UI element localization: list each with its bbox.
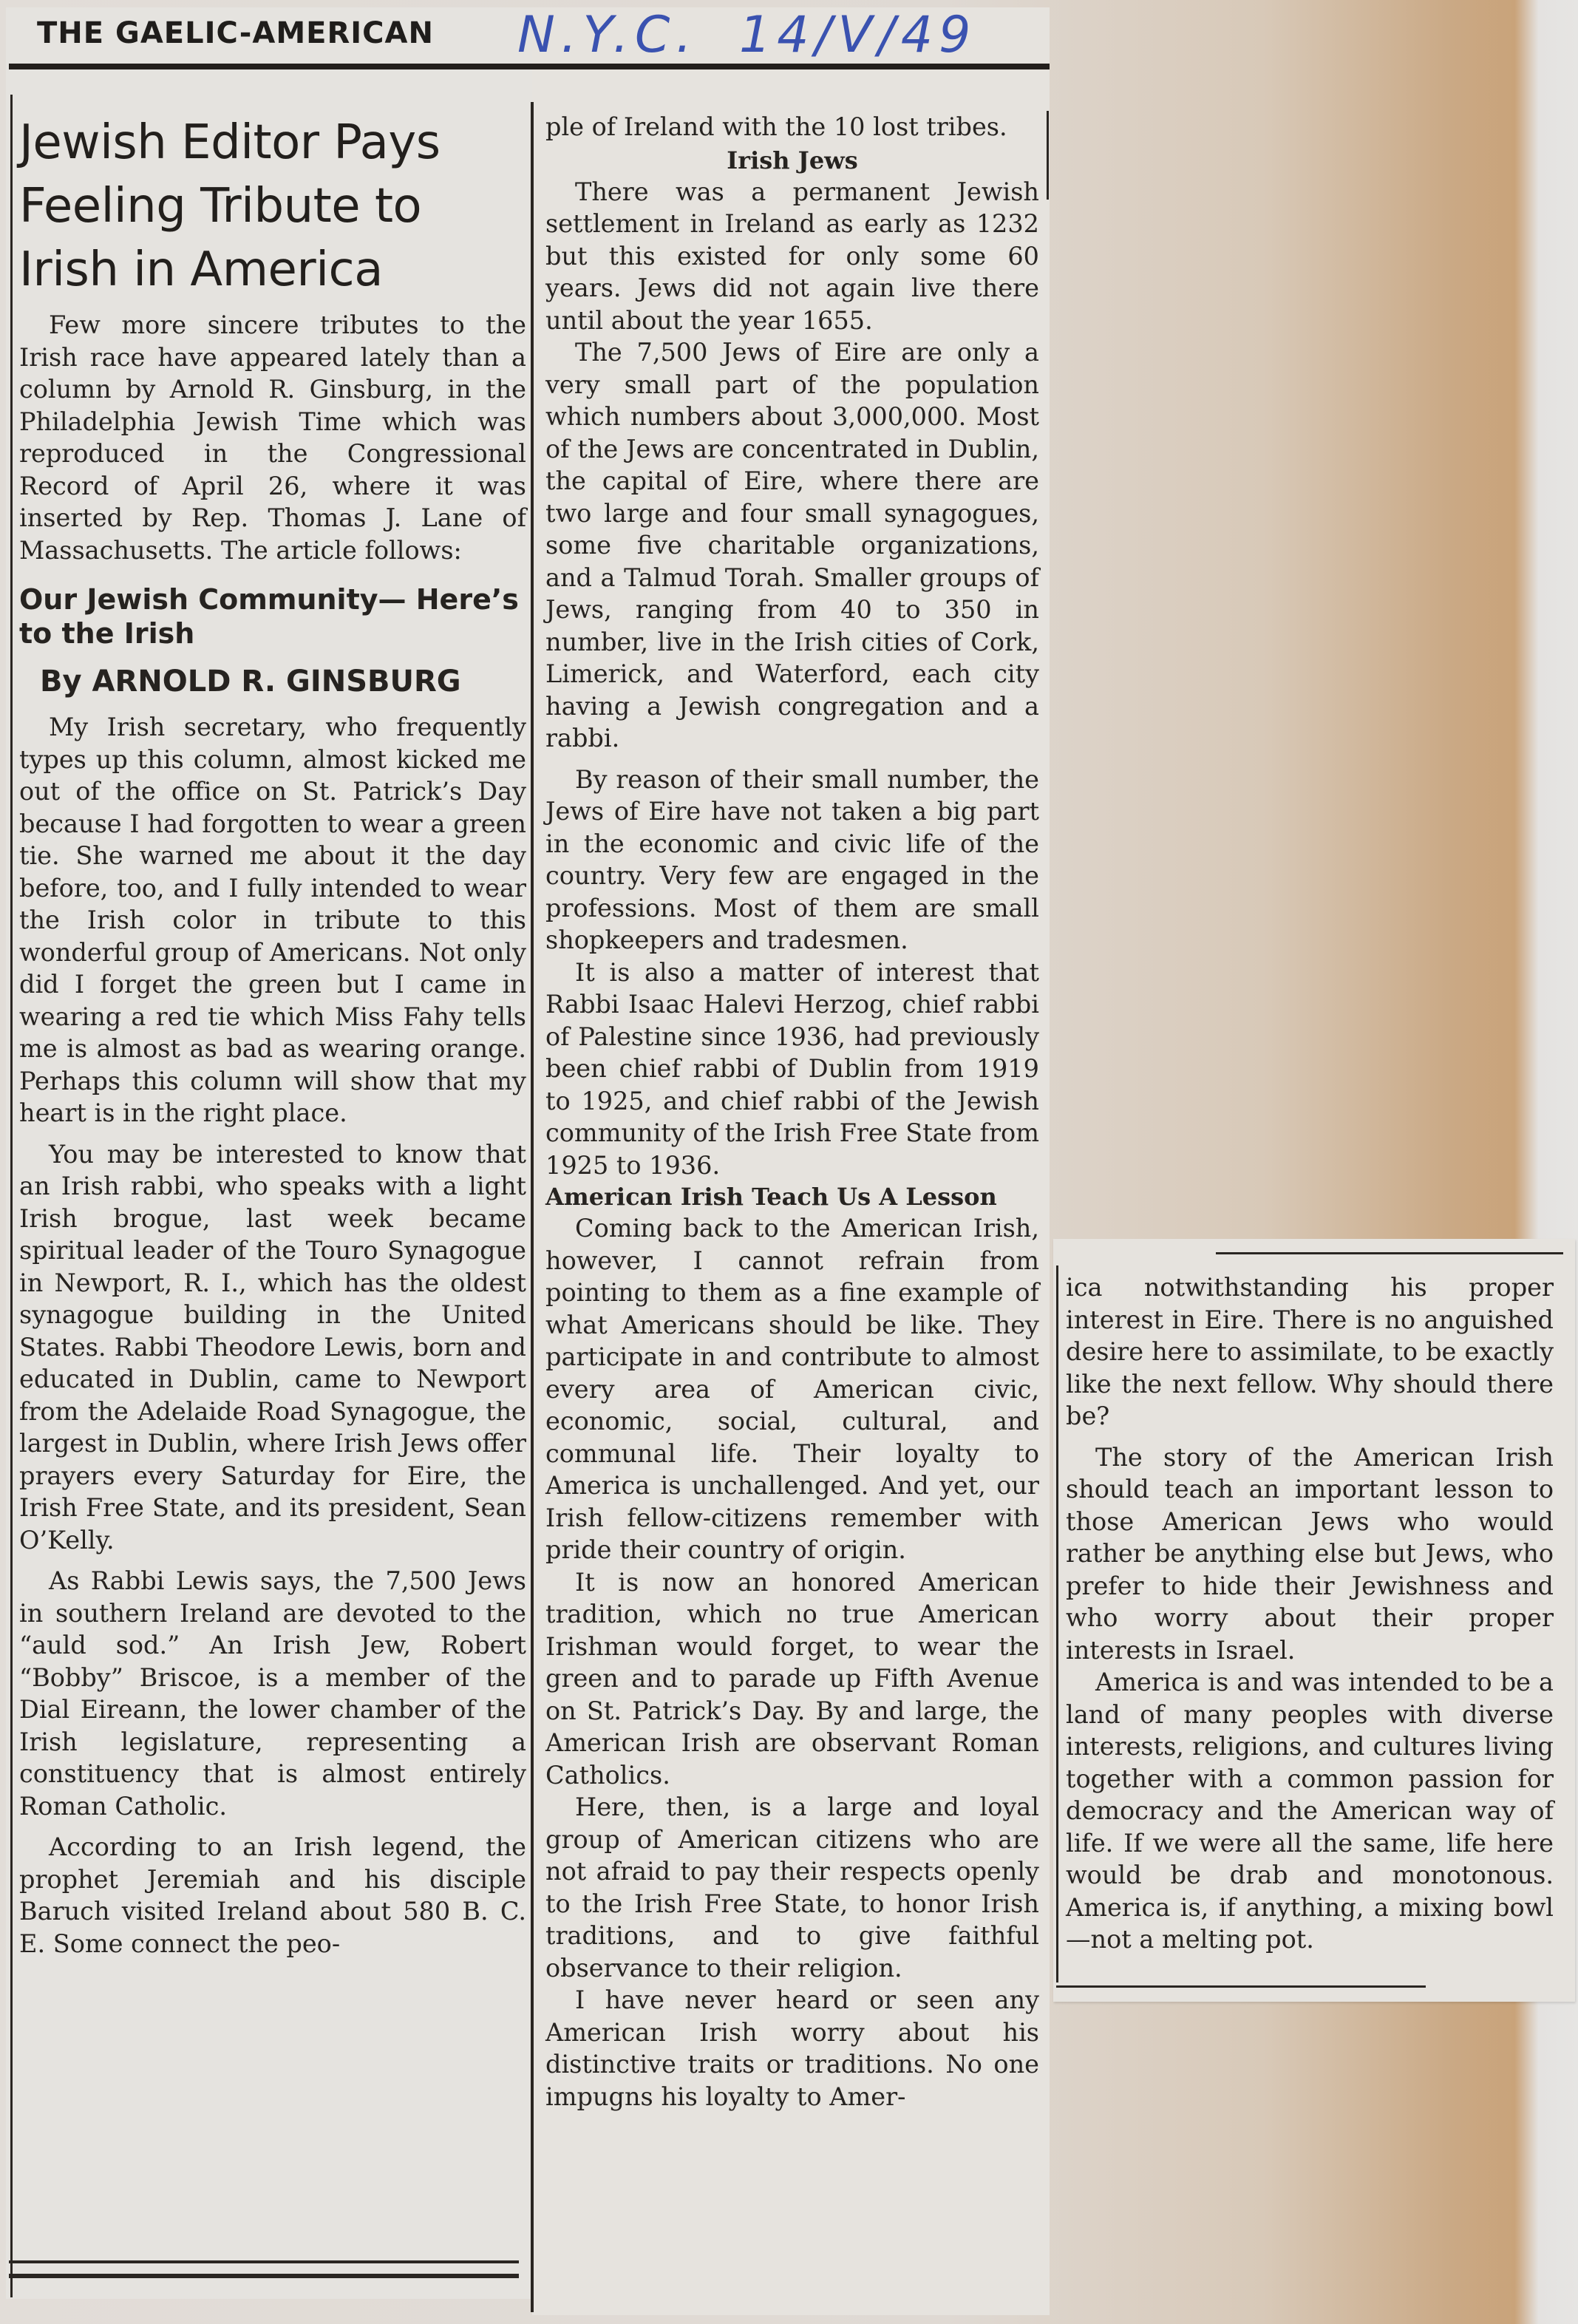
body-paragraph: It is now an honored American tradition,… [545, 1566, 1039, 1792]
body-paragraph: By reason of their small number, the Jew… [545, 764, 1039, 957]
column-3-left-rule [1056, 1265, 1058, 1982]
article-headline: Jewish Editor Pays Feeling Tribute to Ir… [19, 111, 526, 302]
body-paragraph: Here, then, is a large and loyal group o… [545, 1791, 1039, 1984]
article-column-1: Jewish Editor Pays Feeling Tribute to Ir… [19, 111, 526, 1960]
continued-text: ica notwithstanding his proper interest … [1066, 1271, 1554, 1433]
body-paragraph: America is and was intended to be a land… [1066, 1666, 1554, 1956]
publication-masthead: THE GAELIC-AMERICAN [37, 16, 434, 61]
section-heading-irish-jews: Irish Jews [545, 145, 1039, 176]
column-2-right-rule [1047, 111, 1049, 200]
body-paragraph: You may be interested to know that an Ir… [19, 1138, 526, 1557]
column-3-bottom-rule [1056, 1985, 1426, 1988]
body-paragraph: There was a permanent Jewish settlement … [545, 176, 1039, 337]
handwritten-place-note: N.Y.C. [517, 6, 698, 64]
article-intro: Few more sincere tributes to the Irish r… [19, 309, 526, 566]
column-3-top-rule [1216, 1252, 1563, 1254]
body-paragraph: It is also a matter of interest that Rab… [545, 957, 1039, 1182]
article-column-2: ple of Ireland with the 10 lost tribes. … [545, 111, 1039, 2113]
article-column-3: ica notwithstanding his proper interest … [1066, 1271, 1554, 1956]
column-divider-rule [531, 102, 534, 2312]
continued-text: ple of Ireland with the 10 lost tribes. [545, 111, 1039, 143]
column-1-end-rules [9, 2260, 519, 2278]
article-byline: By ARNOLD R. GINSBURG [40, 662, 526, 701]
masthead-rule [9, 64, 1050, 69]
body-paragraph: My Irish secretary, who frequently types… [19, 711, 526, 1129]
body-paragraph: I have never heard or seen any American … [545, 1984, 1039, 2113]
body-paragraph: Coming back to the American Irish, howev… [545, 1212, 1039, 1566]
body-paragraph: The 7,500 Jews of Eire are only a very s… [545, 336, 1039, 755]
column-1-left-rule [10, 95, 13, 2297]
column-subhead: Our Jewish Community— Here’s to the Iris… [19, 582, 526, 650]
body-paragraph: The story of the American Irish should t… [1066, 1441, 1554, 1667]
body-paragraph: As Rabbi Lewis says, the 7,500 Jews in s… [19, 1565, 526, 1822]
section-heading-american-irish: American Irish Teach Us A Lesson [545, 1181, 1039, 1212]
handwritten-date-note: 14/V/49 [739, 6, 976, 64]
body-paragraph: According to an Irish legend, the prophe… [19, 1831, 526, 1960]
